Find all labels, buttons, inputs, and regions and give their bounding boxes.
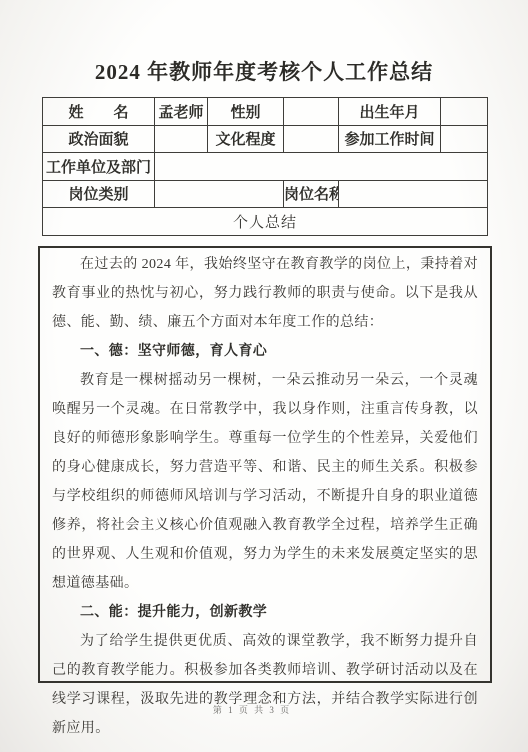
work-start-time-label: 参加工作时间 — [339, 125, 441, 153]
personal-summary-section-title: 个人总结 — [43, 208, 488, 236]
gender-value — [284, 98, 339, 126]
section-heading: 一、德：坚守师德，育人育心 — [52, 337, 478, 366]
personal-summary-box: 在过去的 2024 年，我始终坚守在教育教学的岗位上，秉持着对教育事业的热忱与初… — [38, 246, 492, 683]
post-category-value — [155, 180, 284, 208]
birth-date-label: 出生年月 — [339, 98, 441, 126]
work-start-time-value — [441, 125, 488, 153]
summary-paragraph: 在过去的 2024 年，我始终坚守在教育教学的岗位上，秉持着对教育事业的热忱与初… — [52, 250, 478, 337]
post-title-label: 岗位名称 — [284, 180, 339, 208]
work-unit-label: 工作单位及部门 — [43, 153, 155, 181]
page-number-footer: 第 1 页 共 3 页 — [0, 703, 504, 716]
post-title-value — [339, 180, 488, 208]
table-row: 工作单位及部门 — [43, 153, 488, 181]
summary-paragraph: 为了给学生提供更优质、高效的课堂教学，我不断努力提升自己的教育教学能力。积极参加… — [52, 627, 478, 743]
political-status-value — [155, 125, 208, 153]
birth-date-value — [441, 98, 488, 126]
summary-body: 在过去的 2024 年，我始终坚守在教育教学的岗位上，秉持着对教育事业的热忱与初… — [52, 250, 478, 743]
political-status-label: 政治面貌 — [43, 125, 155, 153]
education-level-value — [284, 125, 339, 153]
name-value: 孟老师 — [155, 98, 208, 126]
personal-info-table: 姓 名 孟老师 性别 出生年月 政治面貌 文化程度 参加工作时间 工作单位及部门… — [42, 97, 488, 236]
table-row: 政治面貌 文化程度 参加工作时间 — [43, 125, 488, 153]
education-level-label: 文化程度 — [208, 125, 284, 153]
table-row: 岗位类别 岗位名称 — [43, 180, 488, 208]
document-photo: { "document": { "title": "2024 年教师年度考核个人… — [0, 0, 528, 752]
table-row: 姓 名 孟老师 性别 出生年月 — [43, 98, 488, 126]
post-category-label: 岗位类别 — [43, 180, 155, 208]
name-label: 姓 名 — [43, 98, 155, 126]
summary-paragraph: 教育是一棵树摇动另一棵树，一朵云推动另一朵云，一个灵魂唤醒另一个灵魂。在日常教学… — [52, 366, 478, 598]
section-heading: 二、能：提升能力，创新教学 — [52, 598, 478, 627]
table-row: 个人总结 — [43, 208, 488, 236]
work-unit-value — [155, 153, 488, 181]
document-title: 2024 年教师年度考核个人工作总结 — [0, 56, 528, 86]
gender-label: 性别 — [208, 98, 284, 126]
